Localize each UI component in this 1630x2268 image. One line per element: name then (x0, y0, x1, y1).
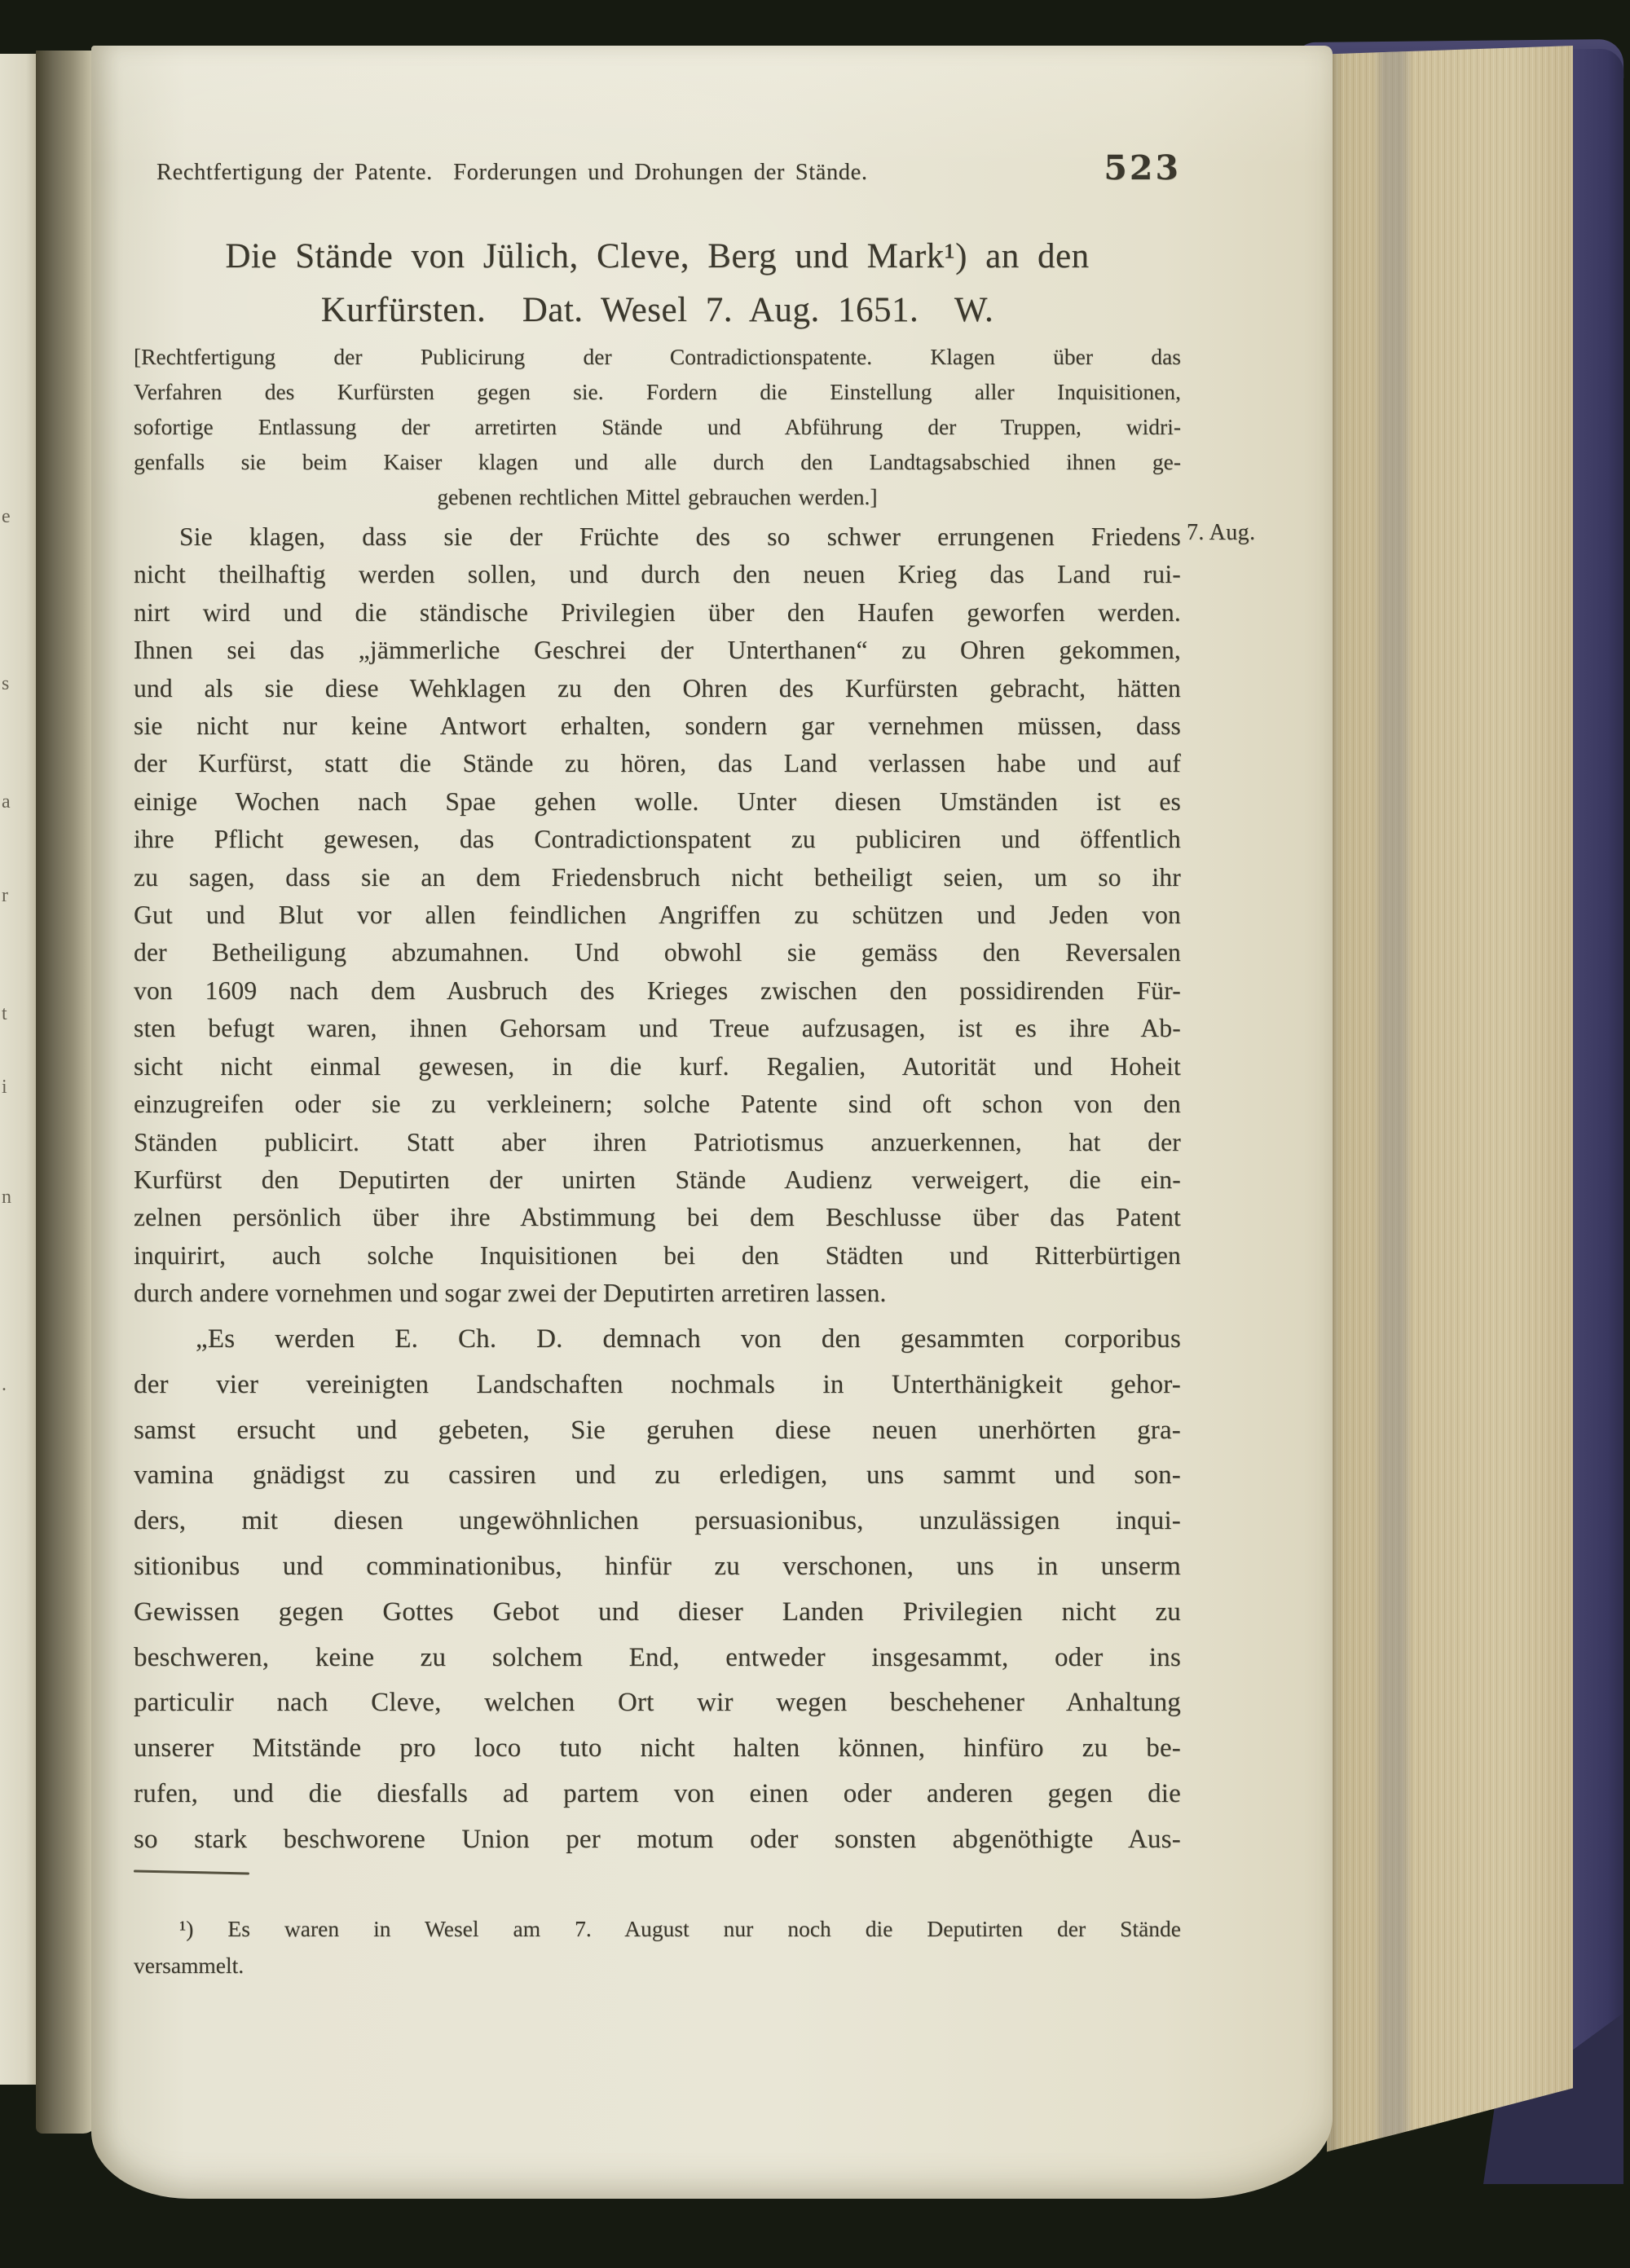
margin-date-note: 7. Aug. (1187, 520, 1255, 546)
text-line: sie nicht nur keine Antwort erhalten, so… (134, 707, 1181, 745)
text-line: Gut und Blut vor allen feindlichen Angri… (134, 896, 1181, 934)
book-page: Rechtfertigung der Patente. Forderungen … (91, 46, 1333, 2199)
text-line: der Kurfürst, statt die Stände zu hören,… (134, 745, 1181, 782)
facing-page-text-fragment: a (2, 791, 15, 813)
facing-page-edge: esartin. (0, 54, 37, 2085)
page-block-fore-edge (1327, 46, 1573, 2165)
text-line: [Rechtfertigung der Publicirung der Cont… (134, 339, 1181, 374)
text-line: ¹) Es waren in Wesel am 7. August nur no… (134, 1910, 1181, 1947)
text-line: Sie klagen, dass sie der Früchte des so … (134, 518, 1181, 556)
facing-page-text-fragment: i (2, 1077, 15, 1099)
text-line: einige Wochen nach Spae gehen wolle. Unt… (134, 783, 1181, 821)
text-line: der Betheiligung abzumahnen. Und obwohl … (134, 934, 1181, 971)
text-line: zu sagen, dass sie an dem Friedensbruch … (134, 859, 1181, 896)
text-line: nirt wird und die ständische Privilegien… (134, 594, 1181, 632)
text-line: zelnen persönlich über ihre Abstimmung b… (134, 1199, 1181, 1236)
text-line: sofortige Entlassung der arretirten Stän… (134, 409, 1181, 444)
text-line: Gewissen gegen Gottes Gebot und dieser L… (134, 1590, 1181, 1636)
text-line: Ständen publicirt. Statt aber ihren Patr… (134, 1124, 1181, 1161)
text-line: ders, mit diesen ungewöhnlichen persuasi… (134, 1499, 1181, 1544)
text-line: inquirirt, auch solche Inquisitionen bei… (134, 1237, 1181, 1275)
body-paragraph-1: Sie klagen, dass sie der Früchte des so … (134, 518, 1181, 1313)
facing-page-text-fragment: r (2, 885, 15, 907)
running-head: Rechtfertigung der Patente. Forderungen … (134, 148, 1181, 187)
text-line: versammelt. (134, 1947, 1181, 1984)
book-photo-scene: esartin. Rechtfertigung der Patente. For… (0, 0, 1630, 2268)
book-cover-right-edge (1570, 49, 1623, 2103)
text-line: von 1609 nach dem Ausbruch des Krieges z… (134, 972, 1181, 1010)
text-line: genfalls sie beim Kaiser klagen und alle… (134, 444, 1181, 479)
facing-page-text-fragment: n (2, 1187, 15, 1209)
text-line: unserer Mitstände pro loco tuto nicht ha… (134, 1726, 1181, 1772)
text-line: nicht theilhaftig werden sollen, und dur… (134, 556, 1181, 593)
text-line: durch andere vornehmen und sogar zwei de… (134, 1275, 1181, 1312)
summary-abstract: [Rechtfertigung der Publicirung der Cont… (134, 339, 1181, 514)
footnote: ¹) Es waren in Wesel am 7. August nur no… (134, 1910, 1181, 1984)
text-line: Kurfürst den Deputirten der unirten Stän… (134, 1161, 1181, 1199)
text-line: Verfahren des Kurfürsten gegen sie. Ford… (134, 374, 1181, 409)
text-line: gebenen rechtlichen Mittel gebrauchen we… (134, 479, 1181, 514)
running-title: Rechtfertigung der Patente. Forderungen … (134, 160, 868, 186)
text-line: Ihnen sei das „jämmerliche Geschrei der … (134, 632, 1181, 669)
facing-page-text-fragment: . (2, 1374, 15, 1396)
document-title: Die Stände von Jülich, Cleve, Berg und M… (134, 230, 1181, 337)
facing-page-text-fragment: t (2, 1003, 15, 1025)
text-line: vamina gnädigst zu cassiren und zu erled… (134, 1453, 1181, 1499)
title-line-1: Die Stände von Jülich, Cleve, Berg und M… (134, 230, 1181, 284)
book-gutter-shadow (36, 51, 98, 2134)
text-line: sitionibus und comminationibus, hinfür z… (134, 1544, 1181, 1590)
text-line: und als sie diese Wehklagen zu den Ohren… (134, 670, 1181, 707)
text-line: ihre Pflicht gewesen, das Contradictions… (134, 821, 1181, 858)
title-line-2: Kurfürsten. Dat. Wesel 7. Aug. 1651. W. (134, 284, 1181, 337)
text-line: so stark beschworene Union per motum ode… (134, 1817, 1181, 1863)
text-line: sicht nicht einmal gewesen, in die kurf.… (134, 1048, 1181, 1086)
text-line: rufen, und die diesfalls ad partem von e… (134, 1772, 1181, 1817)
text-line: sten befugt waren, ihnen Gehorsam und Tr… (134, 1010, 1181, 1047)
text-line: einzugreifen oder sie zu verkleinern; so… (134, 1086, 1181, 1123)
footnote-separator-rule (134, 1870, 249, 1875)
facing-page-text-fragment: e (2, 506, 15, 528)
text-line: „Es werden E. Ch. D. demnach von den ges… (134, 1317, 1181, 1363)
text-line: samst ersucht und gebeten, Sie geruhen d… (134, 1408, 1181, 1454)
text-line: der vier vereinigten Landschaften nochma… (134, 1363, 1181, 1408)
text-line: beschweren, keine zu solchem End, entwed… (134, 1636, 1181, 1681)
body-paragraph-2: „Es werden E. Ch. D. demnach von den ges… (134, 1317, 1181, 1863)
facing-page-text-fragment: s (2, 673, 15, 695)
page-number: 523 (1104, 148, 1181, 187)
text-line: particulir nach Cleve, welchen Ort wir w… (134, 1680, 1181, 1726)
